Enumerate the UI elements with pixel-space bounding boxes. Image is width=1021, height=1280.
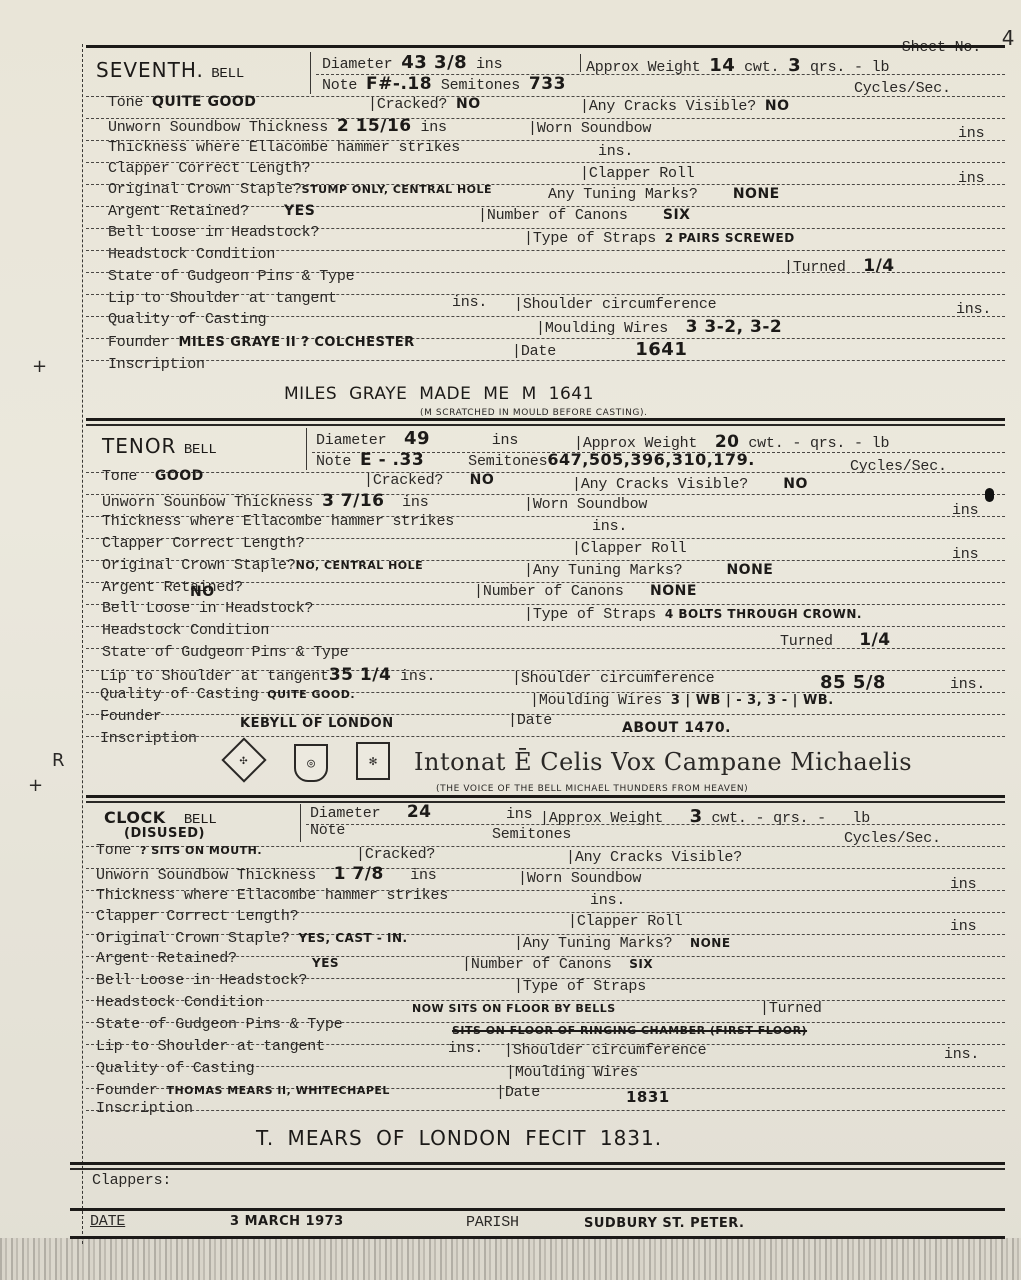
unworn-field: Unworn Soundbow Thickness 2 15/16 ins: [108, 116, 447, 136]
diameter-field: Diameter 43 3/8 ins: [322, 52, 502, 73]
tuning-marks-field: Any Tuning Marks? NONE: [548, 186, 780, 203]
diamond-cross-stamp-icon: ✣: [221, 737, 266, 782]
note-field: Note: [310, 822, 345, 839]
loose-field: Bell Loose in Headstock?: [102, 600, 313, 617]
section-rule: [86, 795, 1005, 798]
date-label: DATE: [90, 1213, 125, 1230]
inscription-label: Inscription: [96, 1100, 193, 1117]
headstock-value: NOW SITS ON FLOOR BY BELLS: [412, 1002, 616, 1015]
ellacombe-field: Thickness where Ellacombe hammer strikes: [108, 139, 460, 156]
any-cracks-field: |Any Cracks Visible? NO: [572, 476, 808, 493]
ink-blot: [985, 488, 994, 502]
bell-name: CLOCK BELL: [104, 808, 217, 828]
note-field: Note E - .33 Semitones647,505,396,310,17…: [316, 450, 755, 470]
lip-field: Lip to Shoulder at tangent: [108, 290, 337, 307]
shoulder-field: |Shoulder circumference: [512, 670, 714, 687]
headstock-field: Headstock Condition: [96, 994, 263, 1011]
moulding-field: |Moulding Wires 3 | WB | - 3, 3 - | WB.: [530, 692, 834, 709]
ellacombe-field: Thickness where Ellacombe hammer strikes: [96, 887, 448, 904]
turned-field: |Turned 1/4: [784, 256, 895, 276]
any-cracks-field: |Any Cracks Visible?: [566, 849, 742, 866]
quality-field: Quality of Casting QUITE GOOD.: [100, 686, 355, 703]
clapper-roll-field: |Clapper Roll: [580, 165, 694, 182]
any-cracks-field: |Any Cracks Visible? NO: [580, 98, 789, 115]
quality-field: Quality of Casting: [108, 311, 266, 328]
inscription-note: (M SCRATCHED IN MOULD BEFORE CASTING).: [420, 408, 648, 418]
left-margin-rule: [82, 44, 83, 1244]
survey-date: 3 MARCH 1973: [230, 1214, 344, 1229]
inscription-text: T. MEARS OF LONDON FECIT 1831.: [256, 1126, 662, 1150]
argent-field: Argent Retained?: [102, 579, 243, 596]
loose-field: Bell Loose in Headstock?: [108, 224, 319, 241]
clapper-length-field: Clapper Correct Length?: [102, 535, 304, 552]
argent-field: Argent Retained? YES: [108, 203, 315, 220]
clappers-label: Clappers:: [92, 1172, 171, 1189]
unworn-field: Unworn Soundbow Thickness 1 7/8 ins: [96, 864, 437, 884]
gudgeon-field: State of Gudgeon Pins & Type: [96, 1016, 342, 1033]
clapper-roll-field: |Clapper Roll: [568, 913, 682, 930]
margin-plus-mark: +: [32, 356, 47, 377]
canons-field: |Number of Canons NONE: [474, 583, 697, 600]
shoulder-field: |Shoulder circumference: [504, 1042, 706, 1059]
crown-staple-field: Original Crown Staple?NO, CENTRAL HOLE: [102, 557, 423, 574]
diameter-field: Diameter 24: [310, 802, 432, 822]
lip-field: Lip to Shoulder at tangent: [96, 1038, 325, 1055]
gudgeon-value-struck: SITS ON FLOOR OF RINGING CHAMBER (FIRST …: [452, 1024, 807, 1037]
canons-field: |Number of Canons SIX: [478, 207, 690, 224]
date-field: |Date: [496, 1084, 540, 1101]
gudgeon-field: State of Gudgeon Pins & Type: [108, 268, 354, 285]
worn-field: |Worn Soundbow: [528, 120, 651, 137]
bell-subname: (DISUSED): [124, 826, 205, 841]
clapper-length-field: Clapper Correct Length?: [96, 908, 298, 925]
gudgeon-field: State of Gudgeon Pins & Type: [102, 644, 348, 661]
ellacombe-field: Thickness where Ellacombe hammer strikes: [102, 513, 454, 530]
cycles-label: Cycles/Sec.: [854, 80, 951, 97]
straps-field: |Type of Straps: [514, 978, 646, 995]
diameter-field: Diameter 49 ins: [316, 428, 518, 449]
moulding-field: |Moulding Wires 3 3-2, 3-2: [536, 317, 782, 337]
section-rule: [86, 45, 1005, 48]
founder-field: Founder: [100, 708, 162, 725]
bell-name: TENOR BELL: [102, 434, 217, 458]
margin-r-mark: R: [52, 750, 65, 771]
canons-field: |Number of Canons SIX: [462, 956, 653, 973]
founder-field: Founder THOMAS MEARS II, WHITECHAPEL: [96, 1082, 390, 1099]
tone-field: Tone GOOD: [102, 468, 204, 485]
page-edge-wear: [0, 1238, 1021, 1280]
turned-field: |Turned: [760, 1000, 822, 1017]
quality-field: Quality of Casting: [96, 1060, 254, 1077]
note-field: Note F#-.18 Semitones 733: [322, 74, 566, 94]
moulding-field: |Moulding Wires: [506, 1064, 638, 1081]
cracked-field: |Cracked?: [356, 846, 435, 863]
parish-value: SUDBURY ST. PETER.: [584, 1216, 744, 1231]
parish-label: PARISH: [466, 1214, 519, 1231]
straps-field: |Type of Straps 2 PAIRS SCREWED: [524, 230, 795, 247]
weight-field: Approx Weight 14 cwt. 3 qrs. - lb: [586, 55, 889, 76]
bell-name: SEVENTH. BELL: [96, 58, 244, 82]
cracked-field: |Cracked? NO: [368, 96, 481, 113]
turned-field: Turned 1/4: [780, 630, 891, 650]
shield-stamp-icon: ◎: [294, 744, 328, 782]
worn-field: |Worn Soundbow: [524, 496, 647, 513]
headstock-field: Headstock Condition: [102, 622, 269, 639]
tone-field: Tone QUITE GOOD: [108, 94, 256, 111]
crown-staple-field: Original Crown Staple? YES, CAST - IN.: [96, 930, 408, 947]
founder-field: Founder MILES GRAYE II ? COLCHESTER: [108, 334, 415, 351]
inscription-text: Intonat Ē Celis Vox Campane Michaelis: [414, 748, 912, 776]
unworn-field: Unworn Sounbow Thickness 3 7/16 ins: [102, 491, 429, 511]
date-field: |Date 1641: [512, 339, 687, 360]
weight-field: |Approx Weight 20 cwt. - qrs. - lb: [574, 432, 889, 452]
inscription-label: Inscription: [100, 730, 197, 747]
clapper-length-field: Clapper Correct Length?: [108, 160, 310, 177]
tone-field: Tone ? SITS ON MOUTH.: [96, 842, 262, 859]
tuning-marks-field: |Any Tuning Marks? NONE: [514, 935, 731, 952]
loose-field: Bell Loose in Headstock?: [96, 972, 307, 989]
bell-survey-sheet: Sheet No. 4 + R + SEVENTH. BELL Diameter…: [0, 0, 1021, 1280]
margin-plus-mark: +: [28, 775, 43, 796]
straps-field: |Type of Straps 4 BOLTS THROUGH CROWN.: [524, 606, 862, 623]
semitones-field: Semitones: [492, 826, 571, 843]
inscription-text: MILES GRAYE MADE ME M 1641: [284, 384, 594, 404]
inscription-label: Inscription: [108, 356, 205, 373]
cracked-field: |Cracked? NO: [364, 472, 494, 489]
argent-field: Argent Retained?: [96, 950, 237, 967]
crown-staple-field: Original Crown Staple?STUMP ONLY, CENTRA…: [108, 181, 492, 198]
headstock-field: Headstock Condition: [108, 246, 275, 263]
clapper-roll-field: |Clapper Roll: [572, 540, 686, 557]
crowned-square-stamp-icon: ✻: [356, 742, 390, 780]
worn-field: |Worn Soundbow: [518, 870, 641, 887]
cycles-label: Cycles/Sec.: [844, 830, 941, 847]
section-rule: [86, 418, 1005, 421]
lip-field: Lip to Shoulder at tangent35 1/4 ins.: [100, 665, 435, 685]
inscription-note: (THE VOICE OF THE BELL MICHAEL THUNDERS …: [436, 784, 748, 794]
shoulder-field: |Shoulder circumference: [514, 296, 716, 313]
date-field: |Date: [508, 712, 552, 729]
tuning-marks-field: |Any Tuning Marks? NONE: [524, 562, 773, 579]
